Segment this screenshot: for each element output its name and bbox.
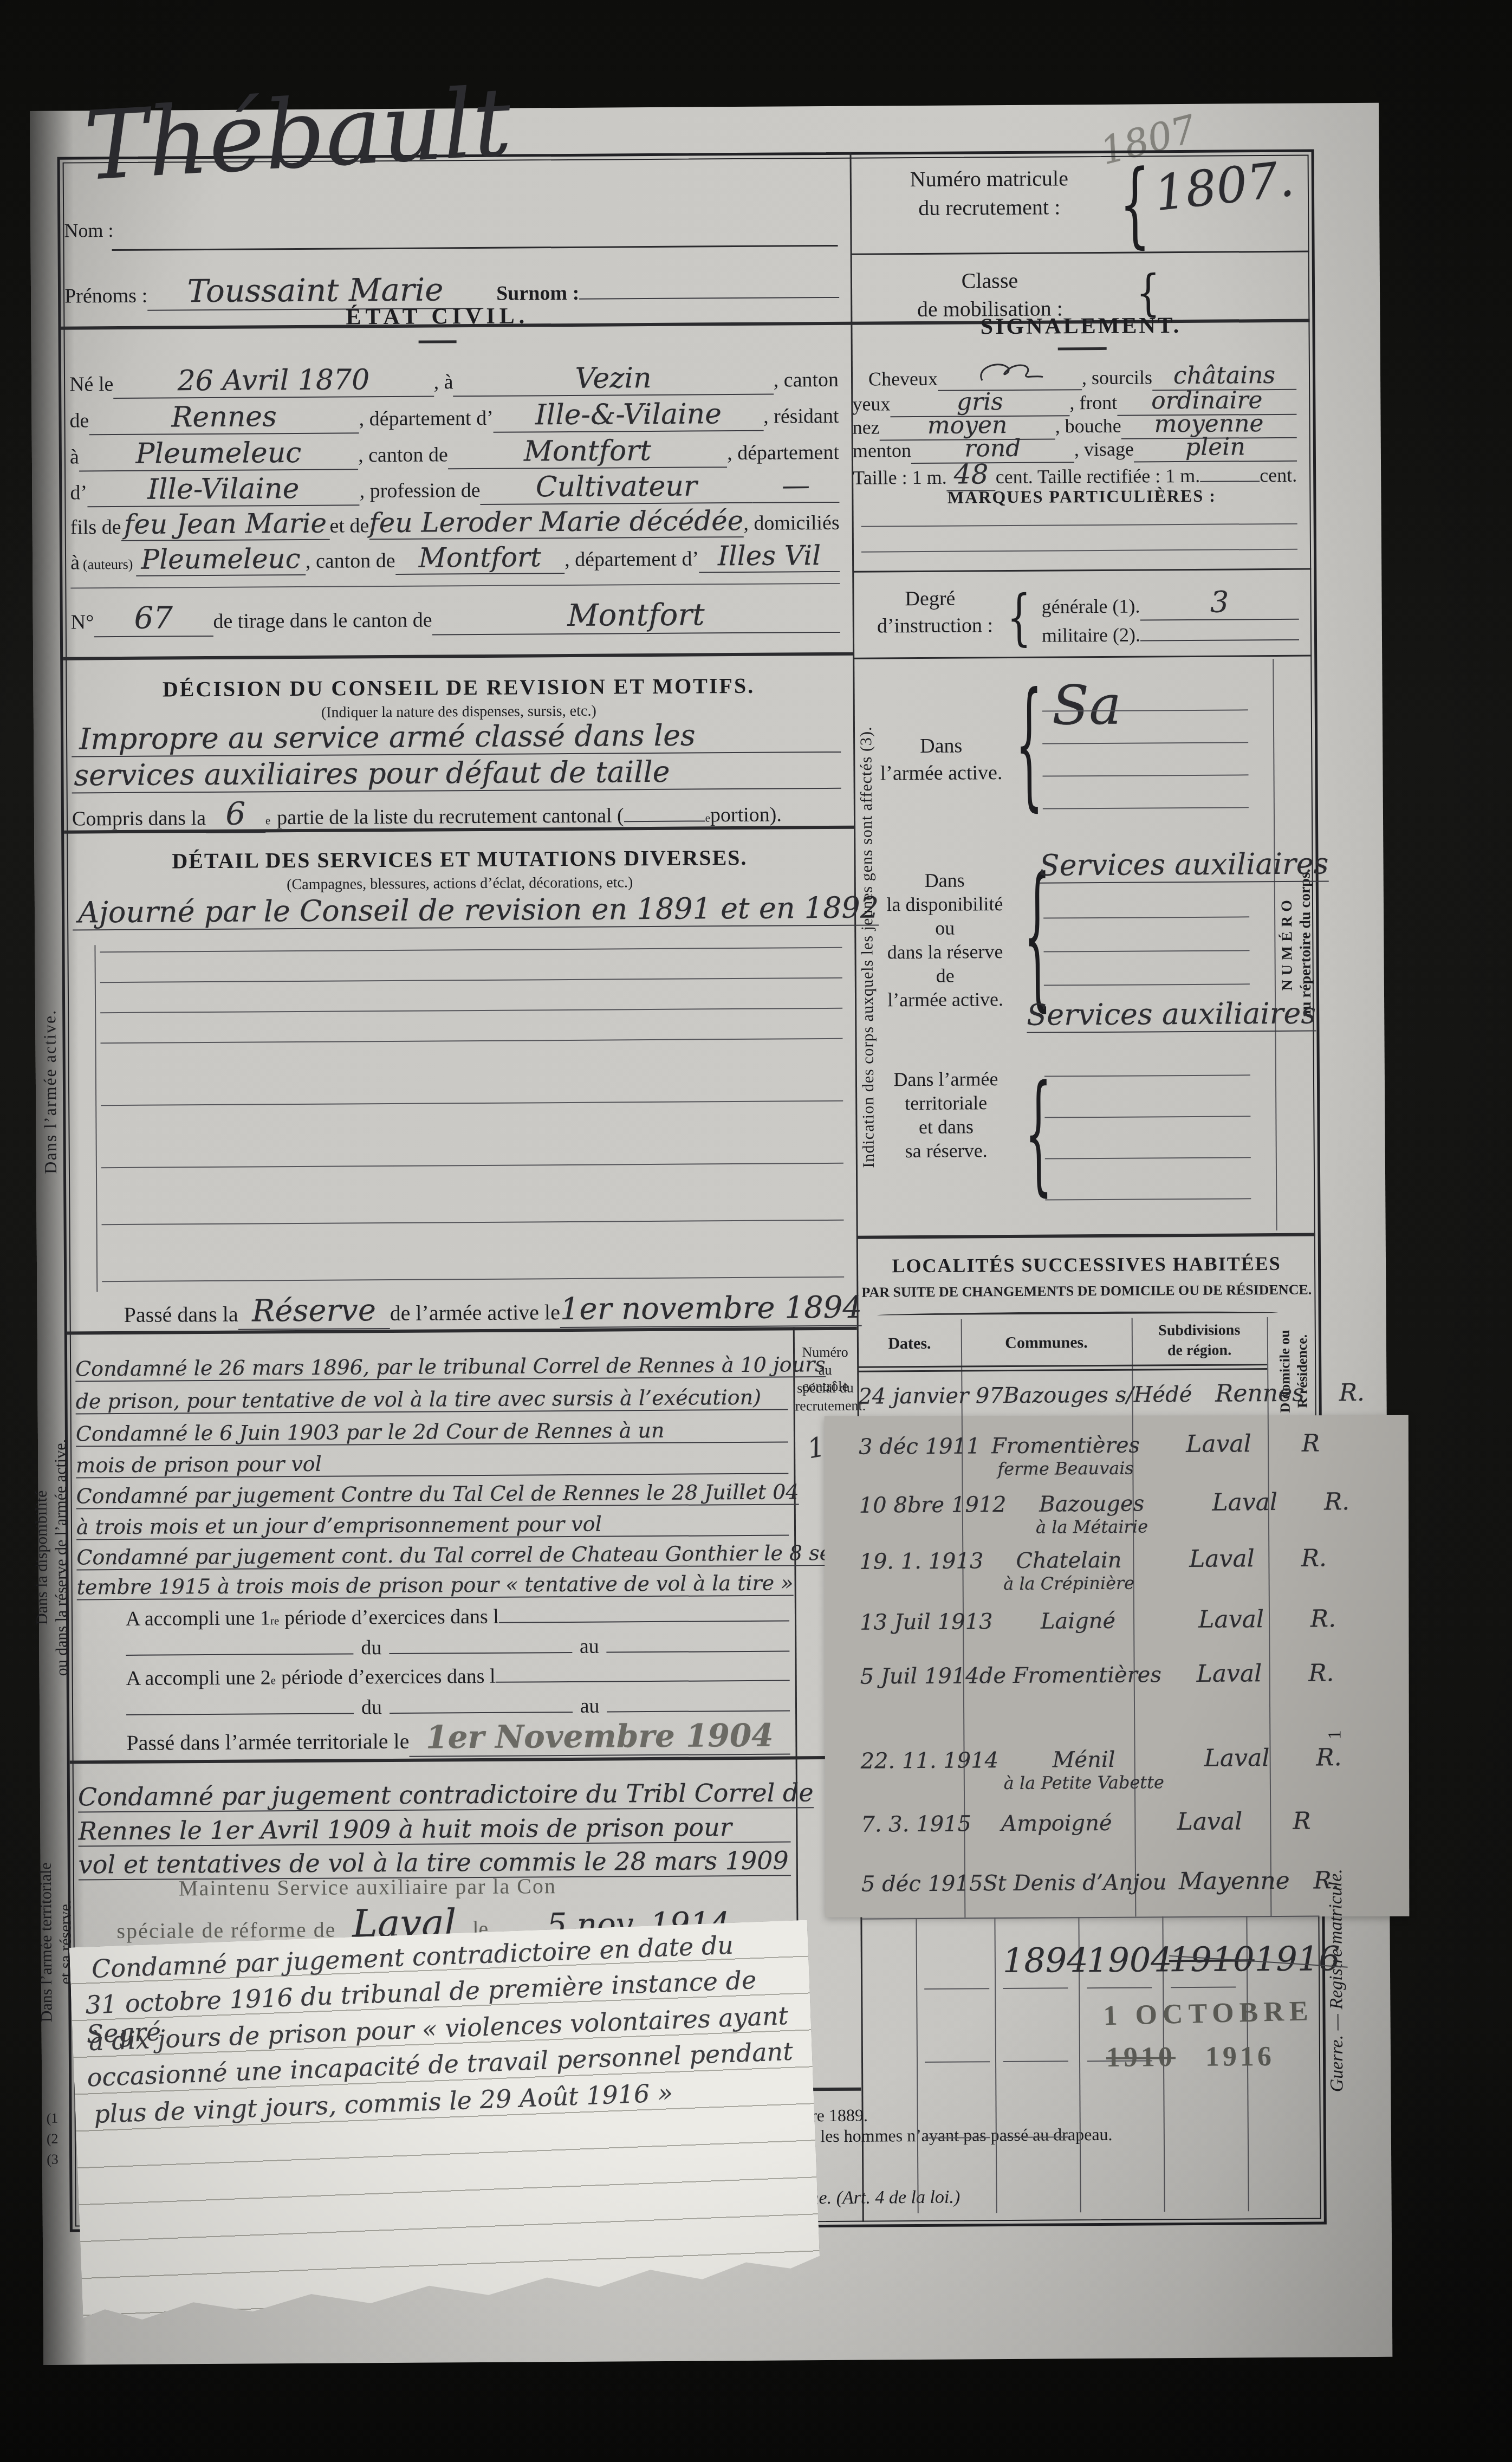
a2-label: à bbox=[70, 445, 79, 469]
periode-2-row: A accompli une 2e période d’exercices da… bbox=[126, 1662, 790, 1690]
tirage-canton-value: Montfort bbox=[432, 597, 840, 636]
cell-subdiv: Laval bbox=[1169, 1744, 1305, 1773]
localites-title: LOCALITÉS SUCCESSIVES HABITÉES bbox=[858, 1252, 1315, 1278]
dispo-value-row-2: Services auxiliaires bbox=[1027, 996, 1300, 1033]
residence-value: Pleumeleuc bbox=[79, 436, 359, 471]
degre-label-2: d’instruction : bbox=[877, 613, 994, 638]
cell-dr: R. bbox=[1302, 1867, 1351, 1895]
departement-label: , département d’ bbox=[359, 406, 494, 431]
terr-label-block: Dans l’armée territoriale et dans sa rés… bbox=[873, 1067, 1020, 1163]
cell-dr: R. bbox=[1313, 1488, 1361, 1516]
scanned-register-photo: 1807 Thébault Nom : Prénoms : Toussaint … bbox=[0, 0, 1512, 2462]
cell-dr: R. bbox=[1299, 1605, 1347, 1633]
periode-2-sup: e bbox=[271, 1674, 276, 1687]
paper-slip-overlay: Condamné par jugement contradictoire en … bbox=[69, 1920, 821, 2329]
localite-row: 5 déc 1915 St Denis d’Anjou Mayenne R. bbox=[861, 1867, 1319, 1897]
localite-row: 19. 1. 1913 Chatelainà la Crépinière Lav… bbox=[859, 1545, 1318, 1595]
matricule-brace: { bbox=[1119, 150, 1150, 258]
periode-2-blank bbox=[496, 1680, 790, 1682]
degre-brace: { bbox=[1007, 582, 1031, 653]
margin-terr-line1: Dans l’armée territoriale bbox=[36, 1791, 57, 2094]
register-page: 1807 Thébault Nom : Prénoms : Toussaint … bbox=[30, 103, 1392, 2365]
etat-civil-row-3: à Pleumeleuc , canton de Montfort , dépa… bbox=[70, 433, 839, 472]
matricule-label-1: Numéro matricule bbox=[867, 165, 1111, 192]
generale-row: générale (1). 3 bbox=[1041, 585, 1299, 621]
year-1904: 1904 bbox=[1087, 1940, 1172, 1980]
terr-label-2: territoriale bbox=[873, 1091, 1019, 1116]
dispo-label-3: ou bbox=[872, 916, 1018, 941]
year-1894: 1894 bbox=[1003, 1940, 1088, 1980]
decision-text-2: services auxiliaires pour défaut de tail… bbox=[72, 754, 841, 794]
cell-commune: Bazouges s/Hédé bbox=[1003, 1382, 1192, 1408]
passe-territoriale-row: Passé dans l’armée territoriale le 1er N… bbox=[126, 1716, 790, 1758]
condamnation-line: Condamné le 6 Juin 1903 par le 2d Cour d… bbox=[76, 1417, 788, 1447]
cheveux-value-area bbox=[938, 360, 1082, 391]
etat-civil-row-2: de Rennes , département d’ Ille-&-Vilain… bbox=[69, 397, 839, 436]
periode-1-label-b: période d’exercices dans l bbox=[279, 1605, 499, 1630]
condamnation-text: à trois mois et un jour d’emprisonnement… bbox=[76, 1511, 789, 1540]
taille-value: 48 bbox=[946, 458, 995, 491]
year-1916: 1916 bbox=[1255, 1939, 1340, 1979]
decision-line-2: services auxiliaires pour défaut de tail… bbox=[72, 754, 841, 794]
residant-label: , résidant bbox=[763, 404, 839, 429]
birth-date-value: 26 Avril 1870 bbox=[113, 363, 434, 399]
col-header-subdiv-1: Subdivisions bbox=[1132, 1321, 1267, 1340]
active-label-1: Dans bbox=[871, 734, 1011, 759]
condamnation-line: mois de prison pour vol bbox=[76, 1449, 788, 1478]
cell-date: 3 déc 1911 bbox=[859, 1434, 981, 1459]
profession-value: Cultivateur bbox=[480, 470, 752, 505]
a3-label: à bbox=[70, 550, 80, 574]
etat-civil-row-6: à (auteurs) Pleumeleuc , canton de Montf… bbox=[70, 540, 840, 577]
cell-subdiv: Mayenne bbox=[1166, 1867, 1302, 1896]
cell-commune-2: à la Métairie bbox=[1036, 1516, 1148, 1537]
active-label-2: l’armée active. bbox=[871, 761, 1011, 786]
compris-sup-1: e bbox=[265, 814, 270, 827]
fils-de-label: fils de bbox=[70, 515, 121, 540]
localite-row: 3 déc 1911 Fromentièresferme Beauvais La… bbox=[859, 1430, 1317, 1480]
militaire-label: militaire (2). bbox=[1042, 623, 1140, 646]
cell-commune: Fromentières bbox=[991, 1433, 1140, 1459]
parents-canton-value: Montfort bbox=[395, 541, 564, 575]
dispo-value-2: Services auxiliaires bbox=[1027, 996, 1316, 1033]
cell-subdiv: Laval bbox=[1142, 1807, 1277, 1836]
etat-civil-dash bbox=[419, 340, 457, 343]
cell-date: 10 8bre 1912 bbox=[859, 1492, 1007, 1518]
numero-label: N° bbox=[71, 610, 94, 634]
condamnation-text: tembre 1915 à trois mois de prison pour … bbox=[77, 1571, 794, 1600]
cell-date: 7. 3. 1915 bbox=[861, 1811, 971, 1837]
footnote-2: (2 bbox=[47, 2131, 59, 2147]
cell-commune-2: à la Crépinière bbox=[1003, 1573, 1134, 1594]
degre-label-1: Degré bbox=[905, 587, 955, 611]
cell-dr: R bbox=[1286, 1429, 1335, 1457]
condamnation-line: Condamné par jugement cont. du Tal corre… bbox=[76, 1541, 789, 1570]
periode-1-sup: re bbox=[270, 1614, 279, 1628]
tirage-number-value: 67 bbox=[94, 600, 213, 637]
periode-2-label-b: période d’exercices dans l bbox=[276, 1664, 496, 1689]
d-label: d’ bbox=[70, 481, 87, 504]
periode-1-blank bbox=[499, 1620, 789, 1623]
passe-territoriale-date: 1er Novembre 1904 bbox=[409, 1716, 790, 1757]
dispo-value-row-1: Services auxiliaires bbox=[1039, 847, 1299, 884]
passe-reserve-label-2: de l’armée active le bbox=[390, 1299, 560, 1326]
decision-text-1: Impropre au service armé classé dans les bbox=[72, 717, 841, 757]
sourcils-label: , sourcils bbox=[1082, 366, 1152, 389]
services-title: DÉTAIL DES SERVICES ET MUTATIONS DIVERSE… bbox=[67, 844, 852, 874]
militaire-blank bbox=[1140, 639, 1299, 642]
field-nom-label: Nom : bbox=[64, 219, 113, 242]
canton-de-label: , canton de bbox=[358, 443, 448, 467]
condamnation-line: Condamné le 26 mars 1896, par le tribuna… bbox=[75, 1352, 788, 1382]
cell-date: 13 Juil 1913 bbox=[860, 1609, 993, 1635]
cell-commune: de Fromentières bbox=[979, 1662, 1161, 1688]
au-label: au bbox=[572, 1694, 607, 1718]
condamnation-line: de prison, pour tentative de vol à la ti… bbox=[75, 1385, 788, 1414]
au-label: au bbox=[572, 1635, 607, 1658]
cell-dr: R. bbox=[1305, 1744, 1353, 1772]
localite-row: 10 8bre 1912 Bazougesà la Métairie Laval… bbox=[859, 1488, 1318, 1539]
marques-label: MARQUES PARTICULIÈRES : bbox=[853, 485, 1310, 508]
margin-label-territoriale: Dans l’armée territoriale et sa réserve. bbox=[36, 1791, 76, 2094]
signalement-title: SIGNALEMENT. bbox=[852, 312, 1309, 341]
condamnation-text: Condamné le 6 Juin 1903 par le 2d Cour d… bbox=[76, 1417, 788, 1447]
taille-label: Taille : 1 m. bbox=[853, 466, 947, 489]
cell-subdiv: Laval bbox=[1177, 1488, 1313, 1517]
cell-commune: St Denis d’Anjou bbox=[983, 1870, 1166, 1896]
localite-row: 22. 11. 1914 Ménilà la Petite Vabette La… bbox=[860, 1744, 1319, 1794]
cell-subdiv: Laval bbox=[1163, 1605, 1299, 1634]
dispo-label-4: dans la réserve bbox=[872, 940, 1018, 964]
cell-commune: Chatelain bbox=[1016, 1548, 1121, 1573]
terr-label-1: Dans l’armée bbox=[873, 1067, 1019, 1092]
field-surnom-label: Surnom : bbox=[483, 281, 579, 306]
decision-title: DÉCISION DU CONSEIL DE REVISION ET MOTIF… bbox=[66, 672, 851, 703]
terr-label-3: et dans bbox=[873, 1115, 1019, 1139]
octobre-stamp-line2: 1910 1916 bbox=[1106, 2040, 1275, 2074]
condamnation-line: à trois mois et un jour d’emprisonnement… bbox=[76, 1511, 789, 1540]
margin-label-armee-active: Dans l’armée active. bbox=[39, 940, 61, 1243]
residence-departement-value: Ille-Vilaine bbox=[87, 472, 360, 507]
cell-date: 22. 11. 1914 bbox=[860, 1748, 998, 1774]
periode-2-label: A accompli une 2 bbox=[126, 1666, 271, 1690]
matricule-label-2: du recrutement : bbox=[867, 194, 1111, 221]
blank bbox=[126, 1713, 354, 1715]
cell-commune: Ampoigné bbox=[971, 1811, 1142, 1837]
ne-le-label: Né le bbox=[69, 372, 114, 396]
cell-subdiv: Rennes bbox=[1192, 1379, 1327, 1408]
terr-label-4: sa réserve. bbox=[873, 1138, 1020, 1163]
margin-label-disponibilite: Dans la disponibilité ou dans la réserve… bbox=[31, 1357, 73, 1758]
cell-date: 19. 1. 1913 bbox=[859, 1549, 983, 1574]
etat-civil-row-1: Né le 26 Avril 1870 , à Vezin , canton bbox=[69, 361, 839, 399]
parents-departement-value: Illes Vil bbox=[699, 540, 840, 573]
a-label: , à bbox=[433, 370, 453, 394]
dispo-label-5: de bbox=[872, 963, 1018, 988]
cell-commune-2: à la Petite Vabette bbox=[1004, 1772, 1164, 1793]
decision-line-1: Impropre au service armé classé dans les bbox=[72, 717, 841, 757]
terr-brace: { bbox=[1024, 1058, 1053, 1209]
condamnation-line: tembre 1915 à trois mois de prison pour … bbox=[77, 1571, 789, 1600]
tirage-row: N° 67 de tirage dans le canton de Montfo… bbox=[71, 597, 840, 638]
octobre-stamp-line1: 1 OCTOBRE bbox=[1103, 1995, 1314, 2032]
condamnation-text: Condamné par jugement Contre du Tal Cel … bbox=[76, 1480, 799, 1509]
departement3-label: , département d’ bbox=[564, 547, 699, 572]
passe-reserve-value: Réserve bbox=[238, 1293, 390, 1330]
etat-civil-row-4: d’ Ille-Vilaine , profession de Cultivat… bbox=[70, 469, 839, 508]
rennes1909-text: Condamné par jugement contradictoire du … bbox=[78, 1778, 814, 1812]
condamnation-text: mois de prison pour vol bbox=[76, 1449, 788, 1478]
generale-label: générale (1). bbox=[1041, 594, 1140, 618]
portion-blank bbox=[624, 820, 705, 822]
cheveux-scribble-icon bbox=[975, 361, 1045, 385]
periode-1-dates-row: du au bbox=[126, 1633, 789, 1661]
dispo-label-2: la disponibilité bbox=[872, 892, 1018, 917]
et-de-label: et de bbox=[329, 514, 369, 537]
surnom-blank bbox=[579, 297, 839, 300]
numero-corps-label-1: NUMÉRO bbox=[1277, 662, 1297, 1225]
passe-reserve-date: 1er novembre 1894 bbox=[560, 1290, 862, 1328]
numero-corps-label-2: au répertoire du corps. bbox=[1295, 662, 1316, 1225]
periode-2-dates-row: du au bbox=[126, 1693, 790, 1720]
blank bbox=[607, 1650, 790, 1653]
margin-dispo-line2: ou dans la réserve de l’armée active. bbox=[50, 1357, 73, 1758]
generale-value: 3 bbox=[1140, 585, 1299, 621]
compris-sup-2: e bbox=[705, 811, 710, 825]
dispo-label-6: l’armée active. bbox=[872, 987, 1018, 1012]
taille-rectifiee-label: cent. Taille rectifiée : 1 m. bbox=[995, 464, 1200, 488]
cell-commune: Laigné bbox=[992, 1608, 1163, 1634]
compris-label-2: partie de la liste du recrutement canton… bbox=[270, 804, 624, 830]
rennes1909-line: Rennes le 1er Avril 1909 à huit mois de … bbox=[78, 1812, 790, 1846]
condamnation-text: Condamné le 26 mars 1896, par le tribuna… bbox=[75, 1352, 826, 1382]
stamp-year-1916: 1916 bbox=[1176, 2040, 1275, 2073]
year-1910-struck: 1910 bbox=[1169, 1939, 1255, 1979]
rennes1909-text: Rennes le 1er Avril 1909 à huit mois de … bbox=[78, 1812, 790, 1846]
margin-page-number: 1 bbox=[1325, 1730, 1345, 1739]
col-header-dates: Dates. bbox=[858, 1334, 961, 1353]
compris-value: 6 bbox=[206, 795, 265, 833]
birth-place-value: Vezin bbox=[453, 361, 774, 397]
etat-civil-row-5: fils de feu Jean Marie et de feu Leroder… bbox=[70, 504, 839, 542]
localite-row: 24 janvier 97 Bazouges s/Hédé Rennes R. bbox=[858, 1379, 1316, 1410]
canton-de2-label: , canton de bbox=[306, 549, 395, 573]
etat-civil-title: ÉTAT CIVIL. bbox=[193, 302, 681, 331]
blank bbox=[126, 1653, 353, 1656]
compris-label-3: portion). bbox=[710, 803, 782, 827]
rennes1909-line: Condamné par jugement contradictoire du … bbox=[78, 1778, 790, 1812]
canton-label: , canton bbox=[774, 368, 839, 392]
condamnation-text: de prison, pour tentative de vol à la ti… bbox=[75, 1385, 788, 1414]
cell-subdiv: Laval bbox=[1151, 1430, 1286, 1459]
signalement-dash bbox=[1058, 347, 1107, 351]
cell-commune: Bazouges bbox=[1039, 1491, 1144, 1517]
condamnation-text: Condamné par jugement cont. du Tal corre… bbox=[76, 1541, 852, 1571]
localite-row: 5 Juil 1914 de Fromentières Laval R. bbox=[860, 1660, 1318, 1690]
departement2-label: , département bbox=[727, 440, 839, 465]
parents-domicile-value: Pleumeleuc bbox=[136, 543, 306, 576]
services-entry-row: Ajourné par le Conseil de revision en 18… bbox=[73, 891, 842, 931]
active-value: Sa bbox=[1052, 673, 1121, 737]
auteurs-note: (auteurs) bbox=[80, 556, 137, 573]
cell-dr: R bbox=[1277, 1807, 1326, 1835]
controle-label-3: spécial du bbox=[795, 1380, 855, 1397]
cell-dr: R. bbox=[1289, 1544, 1338, 1572]
cell-date: 5 Juil 1914 bbox=[860, 1663, 979, 1689]
margin-guerre-caption: Guerre. — Registre matricule. bbox=[1325, 1755, 1348, 2205]
cell-commune-wrap: Bazougesà la Métairie bbox=[1007, 1491, 1178, 1538]
mother-value: feu Leroder Marie décédée bbox=[369, 505, 743, 540]
blank bbox=[390, 1712, 573, 1714]
du-label: du bbox=[354, 1695, 390, 1719]
dispo-label-1: Dans bbox=[872, 868, 1018, 893]
birth-canton-value: Rennes bbox=[89, 400, 359, 435]
cell-commune: Ménil bbox=[1052, 1747, 1115, 1773]
domicilies-label: , domiciliés bbox=[743, 511, 840, 535]
periode-1-row: A accompli une 1re période d’exercices d… bbox=[126, 1603, 789, 1630]
cell-date: 5 déc 1915 bbox=[861, 1871, 983, 1896]
localites-subtitle: PAR SUITE DE CHANGEMENTS DE DOMICILE OU … bbox=[858, 1282, 1315, 1301]
blank bbox=[389, 1652, 572, 1654]
passe-reserve-row: Passé dans la Réserve de l’armée active … bbox=[124, 1290, 844, 1331]
cell-commune-2: ferme Beauvais bbox=[997, 1458, 1134, 1480]
controle-label-4: recrutement. bbox=[795, 1398, 856, 1415]
father-value: feu Jean Marie bbox=[121, 508, 329, 541]
field-prenoms-label: Prénoms : bbox=[64, 284, 147, 308]
cell-dr: R. bbox=[1327, 1379, 1376, 1407]
cell-subdiv: Laval bbox=[1154, 1545, 1289, 1573]
cheveux-label: Cheveux bbox=[868, 367, 938, 391]
du-label: du bbox=[353, 1636, 389, 1660]
condamnation-line: Condamné par jugement Contre du Tal Cel … bbox=[76, 1480, 788, 1509]
militaire-row: militaire (2). bbox=[1042, 623, 1299, 647]
col-header-communes: Communes. bbox=[961, 1333, 1132, 1353]
passe-reserve-label-1: Passé dans la bbox=[124, 1301, 238, 1327]
cell-dr: R. bbox=[1297, 1659, 1346, 1687]
compris-label-1: Compris dans la bbox=[72, 806, 206, 831]
classe-label-1: Classe bbox=[868, 267, 1112, 294]
dispo-label-block: Dans la disponibilité ou dans la réserve… bbox=[872, 868, 1019, 1012]
cell-subdiv: Laval bbox=[1161, 1660, 1297, 1688]
residence-canton-value: Montfort bbox=[448, 434, 728, 469]
col-header-subdiv-2: de région. bbox=[1132, 1342, 1267, 1360]
cell-date: 24 janvier 97 bbox=[858, 1383, 1003, 1409]
periode-1-label: A accompli une 1 bbox=[126, 1606, 270, 1631]
stamp-year-1910: 1910 bbox=[1106, 2041, 1176, 2074]
tirage-label: de tirage dans le canton de bbox=[213, 608, 432, 633]
profession-label: , profession de bbox=[360, 478, 481, 503]
services-entry-text: Ajourné par le Conseil de revision en 18… bbox=[73, 890, 879, 930]
taille-cent-label: cent. bbox=[1260, 464, 1297, 487]
cell-commune-wrap: Chatelainà la Crépinière bbox=[983, 1547, 1154, 1594]
de-label: de bbox=[69, 409, 89, 432]
profession-flourish: — bbox=[752, 469, 839, 503]
cell-commune-wrap: Ménilà la Petite Vabette bbox=[998, 1747, 1170, 1793]
dispo-value-1: Services auxiliaires bbox=[1039, 846, 1328, 883]
birth-departement-value: Ille-&-Vilaine bbox=[494, 398, 764, 433]
cell-commune-wrap: Fromentièresferme Beauvais bbox=[980, 1433, 1151, 1479]
footnote-3: (3 bbox=[47, 2152, 59, 2168]
footnote-1: (1 bbox=[47, 2110, 59, 2127]
localite-row: 7. 3. 1915 Ampoigné Laval R bbox=[861, 1807, 1319, 1838]
localite-row: 13 Juil 1913 Laigné Laval R. bbox=[860, 1605, 1318, 1636]
taille-rectifiee-blank bbox=[1200, 481, 1260, 482]
blank bbox=[607, 1710, 790, 1712]
maintenu-stamp-line1: Maintenu Service auxiliaire par la Con bbox=[179, 1873, 556, 1901]
passe-territoriale-label: Passé dans l’armée territoriale le bbox=[126, 1728, 409, 1755]
margin-dispo-line1: Dans la disponibilité bbox=[31, 1357, 53, 1758]
active-brace: { bbox=[1015, 663, 1043, 825]
